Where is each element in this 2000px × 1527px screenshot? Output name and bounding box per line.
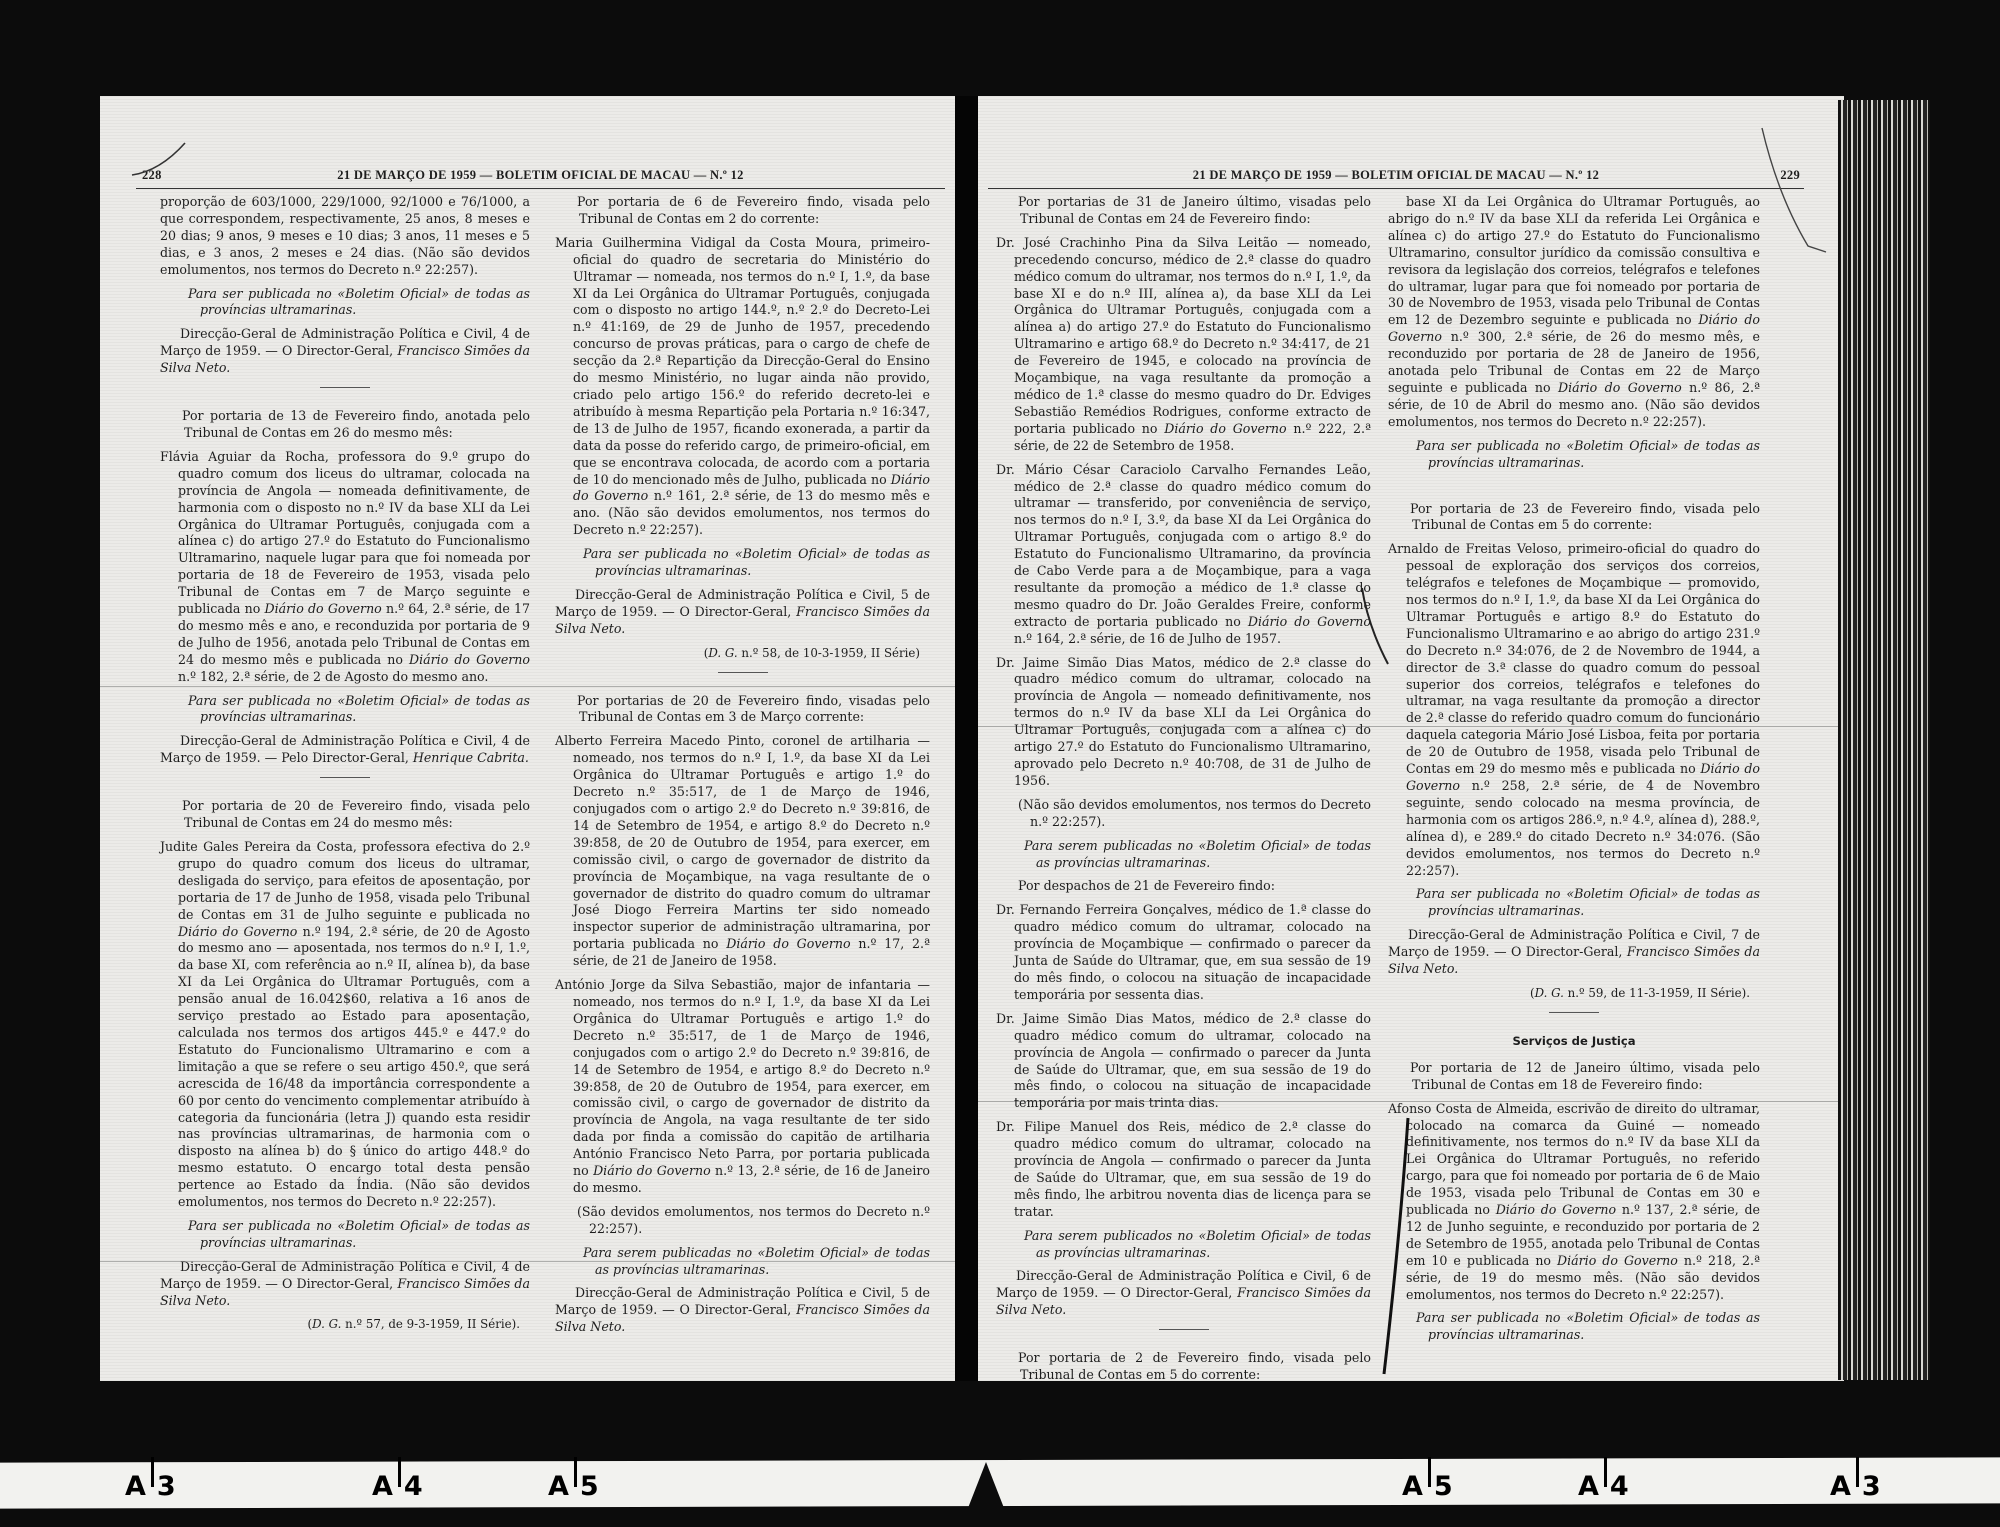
pen-mark bbox=[1758, 126, 1828, 266]
publication-note: Para ser publicada no «Boletim Oficial» … bbox=[555, 546, 930, 580]
publication-note: Para ser publicada no «Boletim Oficial» … bbox=[1388, 438, 1760, 472]
scan-artifact-line bbox=[100, 686, 955, 687]
publication-note: Para ser publicada no «Boletim Oficial» … bbox=[160, 1218, 530, 1252]
emoluments-note: (Não são devidos emolumentos, nos termos… bbox=[996, 797, 1371, 831]
decree-entry: Dr. Jaime Simão Dias Matos, médico de 2.… bbox=[996, 1011, 1371, 1112]
signature-block: Direcção-Geral de Administração Política… bbox=[160, 733, 530, 767]
decree-entry: Dr. José Crachinho Pina da Silva Leitão … bbox=[996, 235, 1371, 455]
publication-note: Para ser publicada no «Boletim Oficial» … bbox=[160, 286, 530, 320]
decree-entry: Dr. Mário César Caraciolo Carvalho Ferna… bbox=[996, 462, 1371, 648]
scan-artifact-line bbox=[978, 1101, 1844, 1102]
decree-entry: Dr. Filipe Manuel dos Reis, médico de 2.… bbox=[996, 1119, 1371, 1220]
divider bbox=[1159, 1329, 1209, 1330]
film-notch bbox=[968, 1462, 1004, 1508]
gazette-reference: (D. G. n.º 57, de 9-3-1959, II Série). bbox=[160, 1316, 530, 1333]
gazette-reference: (D. G. n.º 59, de 11-3-1959, II Série). bbox=[1388, 985, 1760, 1002]
running-head-title-right: 21 DE MARÇO DE 1959 — BOLETIM OFICIAL DE… bbox=[988, 168, 1804, 183]
running-head-left: 228 21 DE MARÇO DE 1959 — BOLETIM OFICIA… bbox=[136, 166, 945, 189]
left-page: 228 21 DE MARÇO DE 1959 — BOLETIM OFICIA… bbox=[100, 96, 955, 1381]
running-head-title-left: 21 DE MARÇO DE 1959 — BOLETIM OFICIAL DE… bbox=[136, 168, 945, 183]
decree-intro: Por portaria de 13 de Fevereiro findo, a… bbox=[160, 408, 530, 442]
decree-intro: Por despachos de 21 de Fevereiro findo: bbox=[996, 878, 1371, 895]
decree-entry: Afonso Costa de Almeida, escrivão de dir… bbox=[1388, 1101, 1760, 1304]
decree-entry: Dr. Jaime Simão Dias Matos, médico de 2.… bbox=[996, 655, 1371, 790]
signature-block: Direcção-Geral de Administração Política… bbox=[160, 326, 530, 377]
signature-block: Direcção-Geral de Administração Política… bbox=[996, 1268, 1371, 1319]
publication-note: Para serem publicados no «Boletim Oficia… bbox=[996, 1228, 1371, 1262]
divider bbox=[320, 777, 370, 778]
decree-intro: Por portaria de 20 de Fevereiro findo, v… bbox=[160, 798, 530, 832]
scan-artifact-line bbox=[978, 726, 1844, 727]
decree-intro: Por portaria de 23 de Fevereiro findo, v… bbox=[1388, 501, 1760, 535]
decree-entry: Maria Guilhermina Vidigal da Costa Moura… bbox=[555, 235, 930, 539]
column-3: Por portarias de 31 de Janeiro último, v… bbox=[996, 194, 1371, 1381]
signature-block: Direcção-Geral de Administração Política… bbox=[555, 1285, 930, 1336]
page-number-right: 229 bbox=[1780, 168, 1800, 183]
publication-note: Para ser publicada no «Boletim Oficial» … bbox=[1388, 1310, 1760, 1344]
signature-block: Direcção-Geral de Administração Política… bbox=[555, 587, 930, 638]
decree-entry: António Jorge da Silva Sebastião, major … bbox=[555, 977, 930, 1197]
column-2: Por portaria de 6 de Fevereiro findo, vi… bbox=[555, 194, 930, 1343]
decree-entry: Alberto Ferreira Macedo Pinto, coronel d… bbox=[555, 733, 930, 970]
frame-mark: A4 bbox=[372, 1467, 425, 1502]
publication-note: Para ser publicada no «Boletim Oficial» … bbox=[1388, 886, 1760, 920]
paragraph: base XI da Lei Orgânica do Ultramar Port… bbox=[1388, 194, 1760, 431]
column-4: base XI da Lei Orgânica do Ultramar Port… bbox=[1388, 194, 1760, 1351]
column-1: proporção de 603/1000, 229/1000, 92/1000… bbox=[160, 194, 530, 1340]
publication-note: Para serem publicadas no «Boletim Oficia… bbox=[996, 838, 1371, 872]
decree-intro: Por portarias de 31 de Janeiro último, v… bbox=[996, 194, 1371, 228]
frame-mark: A3 bbox=[1830, 1467, 1883, 1502]
decree-entry: Flávia Aguiar da Rocha, professora do 9.… bbox=[160, 449, 530, 686]
section-heading: Serviços de Justiça bbox=[1388, 1033, 1760, 1050]
signature-block: Direcção-Geral de Administração Política… bbox=[1388, 927, 1760, 978]
book-gutter bbox=[955, 96, 978, 1381]
divider bbox=[320, 387, 370, 388]
gazette-reference: (D. G. n.º 58, de 10-3-1959, II Série) bbox=[555, 645, 930, 662]
divider bbox=[1549, 1012, 1599, 1013]
book-page-edges bbox=[1838, 100, 1930, 1380]
decree-intro: Por portarias de 20 de Fevereiro findo, … bbox=[555, 693, 930, 727]
decree-entry: Judite Gales Pereira da Costa, professor… bbox=[160, 839, 530, 1211]
publication-note: Para ser publicada no «Boletim Oficial» … bbox=[160, 693, 530, 727]
decree-entry: Arnaldo de Freitas Veloso, primeiro-ofic… bbox=[1388, 541, 1760, 879]
divider bbox=[718, 672, 768, 673]
paragraph: proporção de 603/1000, 229/1000, 92/1000… bbox=[160, 194, 530, 279]
emoluments-note: (São devidos emolumentos, nos termos do … bbox=[555, 1204, 930, 1238]
frame-mark: A4 bbox=[1578, 1467, 1631, 1502]
frame-mark: A3 bbox=[125, 1467, 178, 1502]
decree-entry: Dr. Fernando Ferreira Gonçalves, médico … bbox=[996, 902, 1371, 1003]
frame-mark: A5 bbox=[548, 1467, 601, 1502]
signature-block: Direcção-Geral de Administração Política… bbox=[160, 1259, 530, 1310]
decree-intro: Por portaria de 6 de Fevereiro findo, vi… bbox=[555, 194, 930, 228]
frame-mark: A5 bbox=[1402, 1467, 1455, 1502]
decree-intro: Por portaria de 2 de Fevereiro findo, vi… bbox=[996, 1350, 1371, 1381]
decree-intro: Por portaria de 12 de Janeiro último, vi… bbox=[1388, 1060, 1760, 1094]
running-head-right: 21 DE MARÇO DE 1959 — BOLETIM OFICIAL DE… bbox=[988, 166, 1804, 189]
scan-artifact-line bbox=[100, 1261, 955, 1262]
right-page: 21 DE MARÇO DE 1959 — BOLETIM OFICIAL DE… bbox=[978, 96, 1844, 1381]
